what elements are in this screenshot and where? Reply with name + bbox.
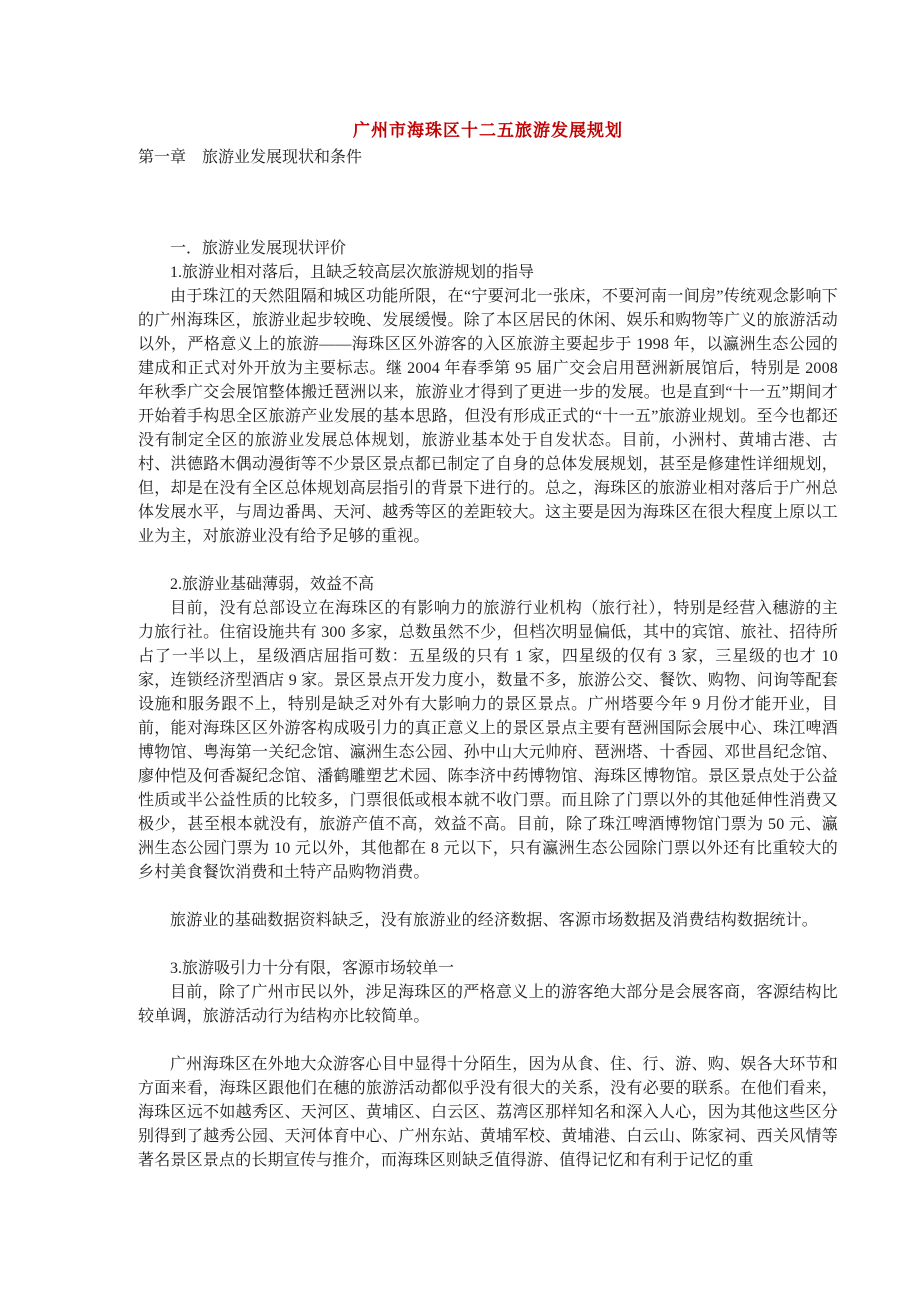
- paragraph-low-awareness: 广州海珠区在外地大众游客心目中显得十分陌生，因为从食、住、行、游、购、娱各大环节…: [138, 1053, 838, 1173]
- subsection-2-heading: 2.旅游业基础薄弱，效益不高: [138, 573, 838, 597]
- document-title: 广州市海珠区十二五旅游发展规划: [138, 118, 838, 144]
- paragraph-missing-data: 旅游业的基础数据资料缺乏，没有旅游业的经济数据、客源市场数据及消费结构数据统计。: [138, 909, 838, 933]
- paragraph-single-market: 目前，除了广州市民以外，涉足海珠区的严格意义上的游客绝大部分是会展客商，客源结构…: [138, 981, 838, 1029]
- subsection-1-heading: 1.旅游业相对落后，且缺乏较高层次旅游规划的指导: [138, 261, 838, 285]
- blank-line: [138, 933, 838, 957]
- subsection-3-heading: 3.旅游吸引力十分有限，客源市场较单一: [138, 957, 838, 981]
- paragraph-tourism-lag: 由于珠江的天然阻隔和城区功能所限，在“宁要河北一张床，不要河南一间房”传统观念影…: [138, 285, 838, 549]
- blank-line: [138, 549, 838, 573]
- document-content: 广州市海珠区十二五旅游发展规划 第一章 旅游业发展现状和条件 一．旅游业发展现状…: [0, 0, 920, 1173]
- blank-line: [138, 1029, 838, 1053]
- chapter-heading: 第一章 旅游业发展现状和条件: [138, 144, 838, 171]
- section-1-heading: 一．旅游业发展现状评价: [138, 237, 838, 261]
- document-page: 广州市海珠区十二五旅游发展规划 第一章 旅游业发展现状和条件 一．旅游业发展现状…: [0, 0, 920, 1302]
- vertical-spacer: [138, 171, 838, 237]
- blank-line: [138, 885, 838, 909]
- paragraph-weak-foundation: 目前，没有总部设立在海珠区的有影响力的旅游行业机构（旅行社），特别是经营入穗游的…: [138, 597, 838, 885]
